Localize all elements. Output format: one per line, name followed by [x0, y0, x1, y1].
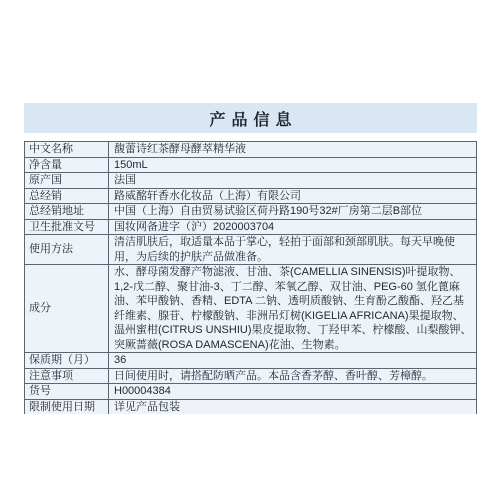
row-value: 水、酵母菌发酵产物滤液、甘油、茶(CAMELLIA SINENSIS)叶提取物、… [109, 265, 476, 352]
row-value: 日间使用时，请搭配防晒产品。本品含香茅醇、香叶醇、芳樟醇。 [109, 369, 476, 384]
row-label: 货号 [25, 384, 109, 399]
table-row-net-content: 净含量 150mL [25, 158, 476, 174]
product-info-table: 中文名称 馥蕾诗红茶酵母酵萃精华液 净含量 150mL 原产国 法国 总经销 路… [24, 141, 477, 414]
row-value: 中国（上海）自由贸易试验区荷丹路190号32#厂房第二层B部位 [109, 204, 476, 219]
table-row-use-by-date: 限制使用日期 详见产品包装 [25, 400, 476, 415]
product-info-section: 产品信息 中文名称 馥蕾诗红茶酵母酵萃精华液 净含量 150mL 原产国 法国 … [24, 103, 477, 414]
table-row-distributor-address: 总经销地址 中国（上海）自由贸易试验区荷丹路190号32#厂房第二层B部位 [25, 204, 476, 220]
table-row-shelf-life-months: 保质期（月） 36 [25, 353, 476, 369]
row-value: 馥蕾诗红茶酵母酵萃精华液 [109, 142, 476, 157]
row-label: 保质期（月） [25, 353, 109, 368]
table-row-chinese-name: 中文名称 馥蕾诗红茶酵母酵萃精华液 [25, 142, 476, 158]
row-value: 路威酩轩香水化妆品（上海）有限公司 [109, 189, 476, 204]
row-value: 36 [109, 353, 476, 368]
table-row-precautions: 注意事项 日间使用时，请搭配防晒产品。本品含香茅醇、香叶醇、芳樟醇。 [25, 369, 476, 385]
row-value: H00004384 [109, 384, 476, 399]
table-row-distributor: 总经销 路威酩轩香水化妆品（上海）有限公司 [25, 189, 476, 205]
row-label: 限制使用日期 [25, 400, 109, 415]
section-title-bar: 产品信息 [24, 103, 477, 133]
row-label: 总经销地址 [25, 204, 109, 219]
table-row-hygiene-approval-number: 卫生批准文号 国妆网备进字（沪）2020003704 [25, 220, 476, 236]
row-label: 卫生批准文号 [25, 220, 109, 235]
table-row-item-number: 货号 H00004384 [25, 384, 476, 400]
row-value: 详见产品包装 [109, 400, 476, 415]
row-label: 总经销 [25, 189, 109, 204]
row-value: 国妆网备进字（沪）2020003704 [109, 220, 476, 235]
row-label: 中文名称 [25, 142, 109, 157]
row-value: 法国 [109, 173, 476, 188]
row-value: 150mL [109, 158, 476, 173]
row-label: 净含量 [25, 158, 109, 173]
row-label: 注意事项 [25, 369, 109, 384]
row-label: 原产国 [25, 173, 109, 188]
table-row-country-of-origin: 原产国 法国 [25, 173, 476, 189]
row-label: 成分 [25, 265, 109, 352]
page-title: 产品信息 [203, 107, 297, 130]
row-value: 清洁肌肤后，取适量本品于掌心，轻拍于面部和颈部肌肤。每天早晚使用，为后续的护肤产… [109, 235, 476, 264]
row-label: 使用方法 [25, 235, 109, 264]
table-row-ingredients: 成分 水、酵母菌发酵产物滤液、甘油、茶(CAMELLIA SINENSIS)叶提… [25, 265, 476, 353]
table-row-usage-method: 使用方法 清洁肌肤后，取适量本品于掌心，轻拍于面部和颈部肌肤。每天早晚使用，为后… [25, 235, 476, 265]
